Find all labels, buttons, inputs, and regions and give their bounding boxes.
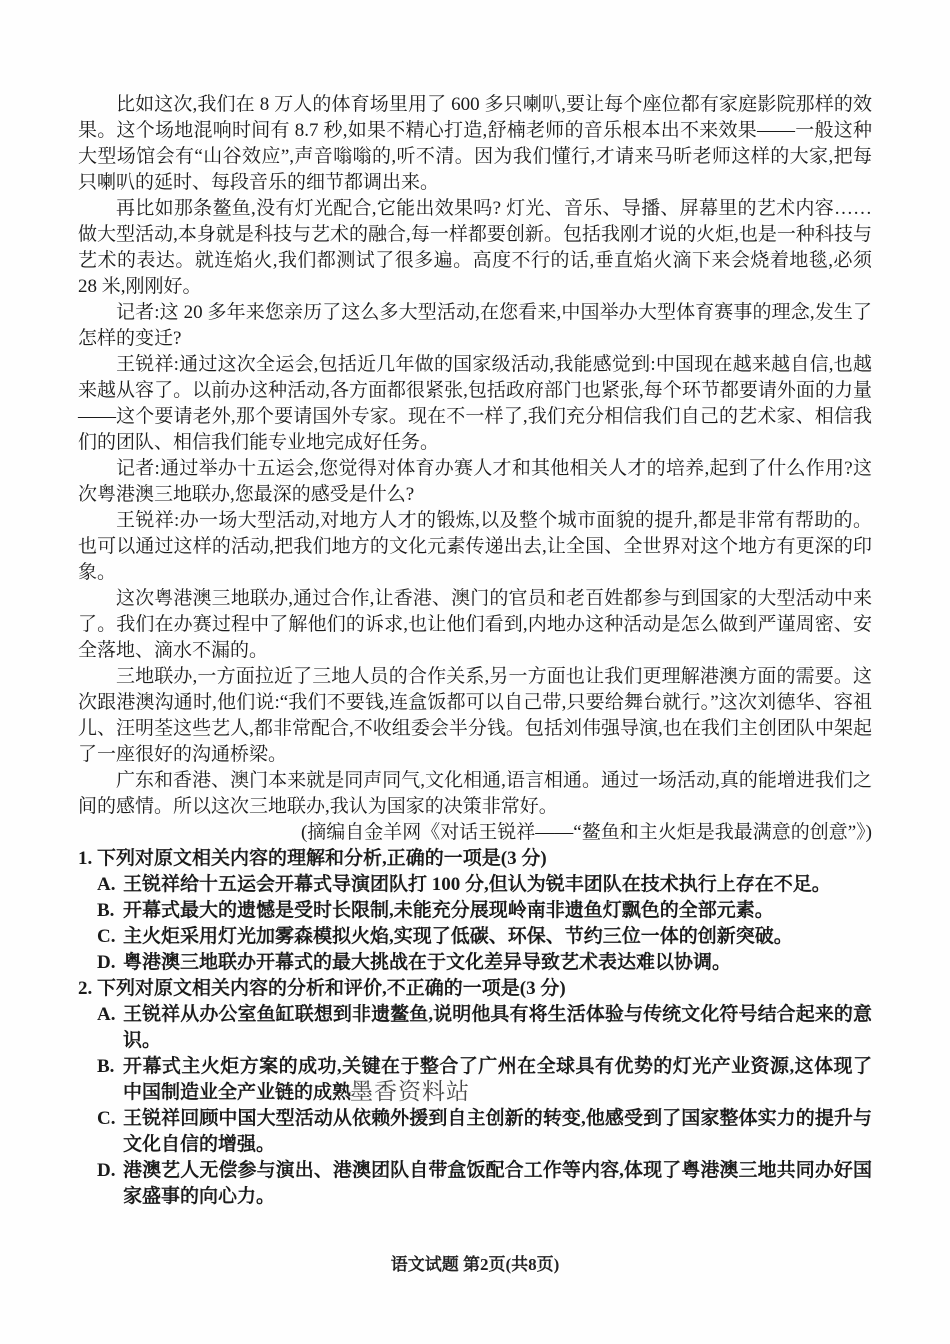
passage-paragraph: 再比如那条鳌鱼,没有灯光配合,它能出效果吗? 灯光、音乐、导播、屏幕里的艺术内容… xyxy=(78,196,872,300)
option-label: A. xyxy=(97,1002,123,1054)
question-1-option-c: C. 主火炬采用灯光加雾森模拟火焰,实现了低碳、环保、节约三位一体的创新突破。 xyxy=(97,924,872,950)
question-2-option-d: D. 港澳艺人无偿参与演出、港澳团队自带盒饭配合工作等内容,体现了粤港澳三地共同… xyxy=(97,1158,872,1210)
option-text: 开幕式主火炬方案的成功,关键在于整合了广州在全球具有优势的灯光产业资源,这体现了… xyxy=(123,1054,872,1106)
option-text: 主火炬采用灯光加雾森模拟火焰,实现了低碳、环保、节约三位一体的创新突破。 xyxy=(123,924,872,950)
passage-paragraph: 三地联办,一方面拉近了三地人员的合作关系,另一方面也让我们更理解港澳方面的需要。… xyxy=(78,664,872,768)
question-2-option-a: A. 王锐祥从办公室鱼缸联想到非遗鳌鱼,说明他具有将生活体验与传统文化符号结合起… xyxy=(97,1002,872,1054)
page-content: 比如这次,我们在 8 万人的体育场里用了 600 多只喇叭,要让每个座位都有家庭… xyxy=(78,92,872,1210)
passage-paragraph: 这次粤港澳三地联办,通过合作,让香港、澳门的官员和老百姓都参与到国家的大型活动中… xyxy=(78,586,872,664)
option-text: 港澳艺人无偿参与演出、港澳团队自带盒饭配合工作等内容,体现了粤港澳三地共同办好国… xyxy=(123,1158,872,1210)
question-1-option-b: B. 开幕式最大的遗憾是受时长限制,未能充分展现岭南非遗鱼灯飘色的全部元素。 xyxy=(97,898,872,924)
exam-paper-page: 比如这次,我们在 8 万人的体育场里用了 600 多只喇叭,要让每个座位都有家庭… xyxy=(0,0,950,1344)
question-1-stem: 1. 下列对原文相关内容的理解和分析,正确的一项是(3 分) xyxy=(78,846,872,872)
passage-paragraph: 广东和香港、澳门本来就是同声同气,文化相通,语言相通。通过一场活动,真的能增进我… xyxy=(78,768,872,820)
passage-paragraph: 王锐祥:办一场大型活动,对地方人才的锻炼,以及整个城市面貌的提升,都是非常有帮助… xyxy=(78,508,872,586)
option-text: 粤港澳三地联办开幕式的最大挑战在于文化差异导致艺术表达难以协调。 xyxy=(123,950,872,976)
page-footer: 语文试题 第2页(共8页) xyxy=(0,1250,950,1275)
option-text: 王锐祥给十五运会开幕式导演团队打 100 分,但认为锐丰团队在技术执行上存在不足… xyxy=(123,872,872,898)
site-watermark: 墨香资料站 xyxy=(350,1073,470,1106)
option-label: D. xyxy=(97,1158,123,1210)
passage-attribution: (摘编自金羊网《对话王锐祥——“鳌鱼和主火炬是我最满意的创意”》) xyxy=(78,820,872,846)
option-text: 王锐祥回顾中国大型活动从依赖外援到自主创新的转变,他感受到了国家整体实力的提升与… xyxy=(123,1106,872,1158)
option-label: A. xyxy=(97,872,123,898)
question-2-option-c: C. 王锐祥回顾中国大型活动从依赖外援到自主创新的转变,他感受到了国家整体实力的… xyxy=(97,1106,872,1158)
question-1-option-d: D. 粤港澳三地联办开幕式的最大挑战在于文化差异导致艺术表达难以协调。 xyxy=(97,950,872,976)
option-label: C. xyxy=(97,1106,123,1158)
passage-paragraph: 记者:通过举办十五运会,您觉得对体育办赛人才和其他相关人才的培养,起到了什么作用… xyxy=(78,456,872,508)
passage-paragraph: 王锐祥:通过这次全运会,包括近几年做的国家级活动,我能感觉到:中国现在越来越自信… xyxy=(78,352,872,456)
questions-section: 1. 下列对原文相关内容的理解和分析,正确的一项是(3 分) A. 王锐祥给十五… xyxy=(78,846,872,1210)
passage-paragraph: 记者:这 20 多年来您亲历了这么多大型活动,在您看来,中国举办大型体育赛事的理… xyxy=(78,300,872,352)
option-label: B. xyxy=(97,1054,123,1106)
question-1-option-a: A. 王锐祥给十五运会开幕式导演团队打 100 分,但认为锐丰团队在技术执行上存… xyxy=(97,872,872,898)
question-2-option-b: B. 开幕式主火炬方案的成功,关键在于整合了广州在全球具有优势的灯光产业资源,这… xyxy=(97,1054,872,1106)
question-2-stem: 2. 下列对原文相关内容的分析和评价,不正确的一项是(3 分) xyxy=(78,976,872,1002)
option-label: B. xyxy=(97,898,123,924)
option-label: D. xyxy=(97,950,123,976)
passage-paragraph: 比如这次,我们在 8 万人的体育场里用了 600 多只喇叭,要让每个座位都有家庭… xyxy=(78,92,872,196)
option-text: 王锐祥从办公室鱼缸联想到非遗鳌鱼,说明他具有将生活体验与传统文化符号结合起来的意… xyxy=(123,1002,872,1054)
option-label: C. xyxy=(97,924,123,950)
option-text: 开幕式最大的遗憾是受时长限制,未能充分展现岭南非遗鱼灯飘色的全部元素。 xyxy=(123,898,872,924)
